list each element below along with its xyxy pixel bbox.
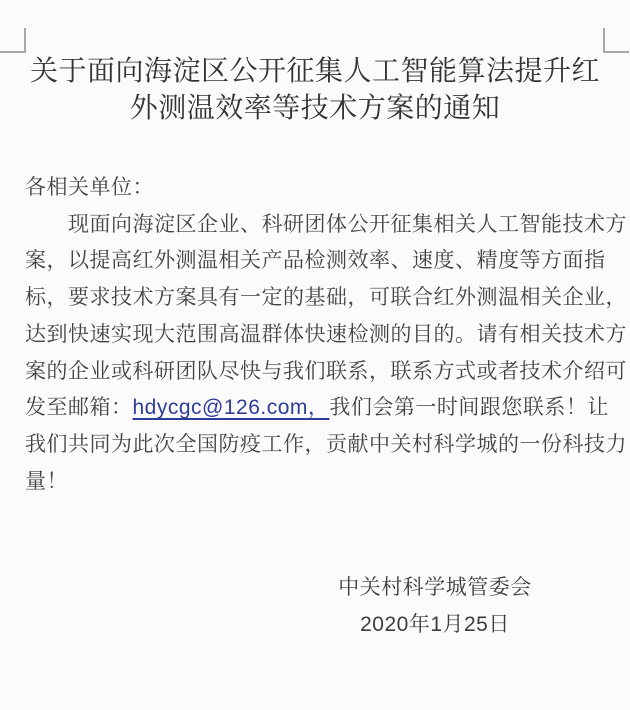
document-title: 关于面向海淀区公开征集人工智能算法提升红外测温效率等技术方案的通知	[0, 0, 630, 126]
email-line-prefix: 发至邮箱：	[25, 396, 133, 419]
signature-block: 中关村科学城管委会 2020年1月25日	[240, 570, 630, 643]
paragraph-line: 我们共同为此次全国防疫工作，贡献中关村科学城的一份科技力	[25, 427, 605, 464]
paragraph-line: 案，以提高红外测温相关产品检测效率、速度、精度等方面指	[25, 243, 605, 280]
paragraph-line: 标，要求技术方案具有一定的基础，可联合红外测温相关企业，	[25, 280, 605, 317]
email-link[interactable]: hdycgc@126.com，	[133, 396, 330, 419]
paragraph-line-email: 发至邮箱：hdycgc@126.com，我们会第一时间跟您联系！让	[25, 390, 605, 427]
paragraph-line: 量！	[25, 464, 605, 501]
signature-date: 2020年1月25日	[240, 607, 630, 644]
document-title-line1: 关于面向海淀区公开征集人工智能算法提升红	[30, 55, 600, 86]
salutation: 各相关单位：	[0, 170, 630, 207]
signature-organization: 中关村科学城管委会	[240, 570, 630, 607]
paragraph-line: 达到快速实现大范围高温群体快速检测的目的。请有相关技术方	[25, 317, 605, 354]
document-title-line2: 外测温效率等技术方案的通知	[130, 92, 501, 123]
text-boundary-mark-top-right	[603, 28, 629, 53]
text-boundary-mark-top-left	[0, 28, 26, 53]
body-paragraph: 现面向海淀区企业、科研团体公开征集相关人工智能技术方 案，以提高红外测温相关产品…	[0, 207, 630, 501]
document-page: 关于面向海淀区公开征集人工智能算法提升红外测温效率等技术方案的通知 各相关单位：…	[0, 0, 630, 710]
paragraph-line: 现面向海淀区企业、科研团体公开征集相关人工智能技术方	[25, 207, 605, 244]
email-line-suffix: 我们会第一时间跟您联系！让	[329, 396, 609, 419]
paragraph-line: 案的企业或科研团队尽快与我们联系，联系方式或者技术介绍可	[25, 354, 605, 391]
